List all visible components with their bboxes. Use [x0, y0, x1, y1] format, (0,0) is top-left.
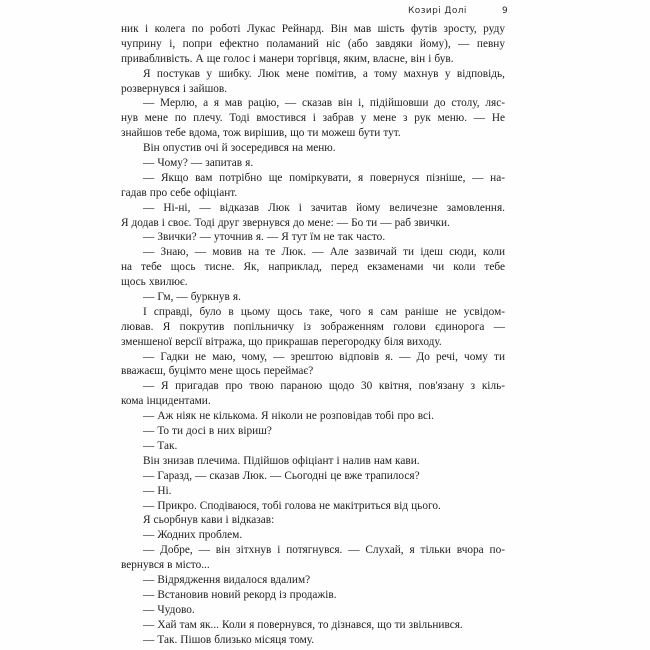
text-line: — Аж ніяк не кількома. Я ніколи не розпо… — [121, 409, 505, 424]
text-line: лював. Я покрутив попільничку із зображе… — [121, 320, 505, 335]
book-page: Козирі Долі 9 ник і колега по роботі Лук… — [0, 0, 650, 650]
text-line: вернувся в місто... — [121, 558, 505, 573]
text-line: знайшов тебе вдома, тож вирішив, що ти м… — [121, 126, 505, 141]
text-line: — Якщо вам потрібно ще поміркувати, я по… — [121, 171, 505, 186]
text-line: чуприну і, попри ефектно поламаний ніс (… — [121, 37, 505, 52]
text-line: Я додав і своє. Тоді друг звернувся до м… — [121, 216, 505, 231]
text-line: — Так. Пішов близько місяця тому. — [121, 633, 505, 648]
text-line: — Гадки не маю, чому, — зрештою відповів… — [121, 350, 505, 365]
text-line: — Добре, — він зітхнув і потягнувся. — С… — [121, 543, 505, 558]
text-line: — Мерлю, а я мав рацію, — сказав він і, … — [121, 96, 505, 111]
text-line: — То ти досі в них віриш? — [121, 424, 505, 439]
text-line: привабливість. А ще голос і манери торгі… — [121, 52, 505, 67]
text-line: — Звички? — уточнив я. — Я тут їм не так… — [121, 230, 505, 245]
text-line: — Відрядження видалося вдалим? — [121, 573, 505, 588]
text-line: Я сьорбнув кави і відказав: — [121, 513, 505, 528]
text-line: — Прикро. Сподіваюся, тобі голова не мак… — [121, 499, 505, 514]
text-line: кома інцидентами. — [121, 394, 505, 409]
text-line: — Встановив новий рекорд із продажів. — [121, 588, 505, 603]
text-line: — Знаю, — мовив на те Люк. — Але зазвича… — [121, 245, 505, 260]
page-text-block: ник і колега по роботі Лукас Рейнард. Ві… — [121, 22, 505, 647]
text-line: нув мене по плечу. Тоді вмостився і забр… — [121, 111, 505, 126]
page-number: 9 — [502, 6, 508, 16]
text-line: на тебе щось тисне. Як, наприклад, перед… — [121, 260, 505, 275]
text-line: Я постукав у шибку. Люк мене помітив, а … — [121, 67, 505, 82]
text-line: І справді, було в цьому щось таке, чого … — [121, 305, 505, 320]
text-line: — Чому? — запитав я. — [121, 156, 505, 171]
text-line: — Я пригадав про твою параною щодо 30 кв… — [121, 379, 505, 394]
text-line: вважаєш, буцімто мене щось переймає? — [121, 364, 505, 379]
text-line: — Жодних проблем. — [121, 528, 505, 543]
running-header: Козирі Долі 9 — [0, 6, 650, 20]
text-line: — Чудово. — [121, 603, 505, 618]
running-header-book-title: Козирі Долі — [408, 6, 467, 16]
text-line: — Так. — [121, 439, 505, 454]
text-line: — Хай там як... Коли я повернувся, то ді… — [121, 618, 505, 633]
text-line: — Ні. — [121, 484, 505, 499]
text-line: щось хвилює. — [121, 275, 505, 290]
text-line: ник і колега по роботі Лукас Рейнард. Ві… — [121, 22, 505, 37]
text-line: розвернувся і зайшов. — [121, 82, 505, 97]
text-line: Він опустив очі й зосередився на меню. — [121, 141, 505, 156]
text-line: — Гаразд, — сказав Люк. — Сьогодні це вж… — [121, 469, 505, 484]
text-line: — Гм, — буркнув я. — [121, 290, 505, 305]
text-line: — Ні-ні, — відказав Люк і зачитав йому в… — [121, 201, 505, 216]
text-line: зменшеної версії вітража, що прикрашав п… — [121, 335, 505, 350]
text-line: гадав про себе офіціант. — [121, 186, 505, 201]
text-line: Він знизав плечима. Підійшов офіціант і … — [121, 454, 505, 469]
